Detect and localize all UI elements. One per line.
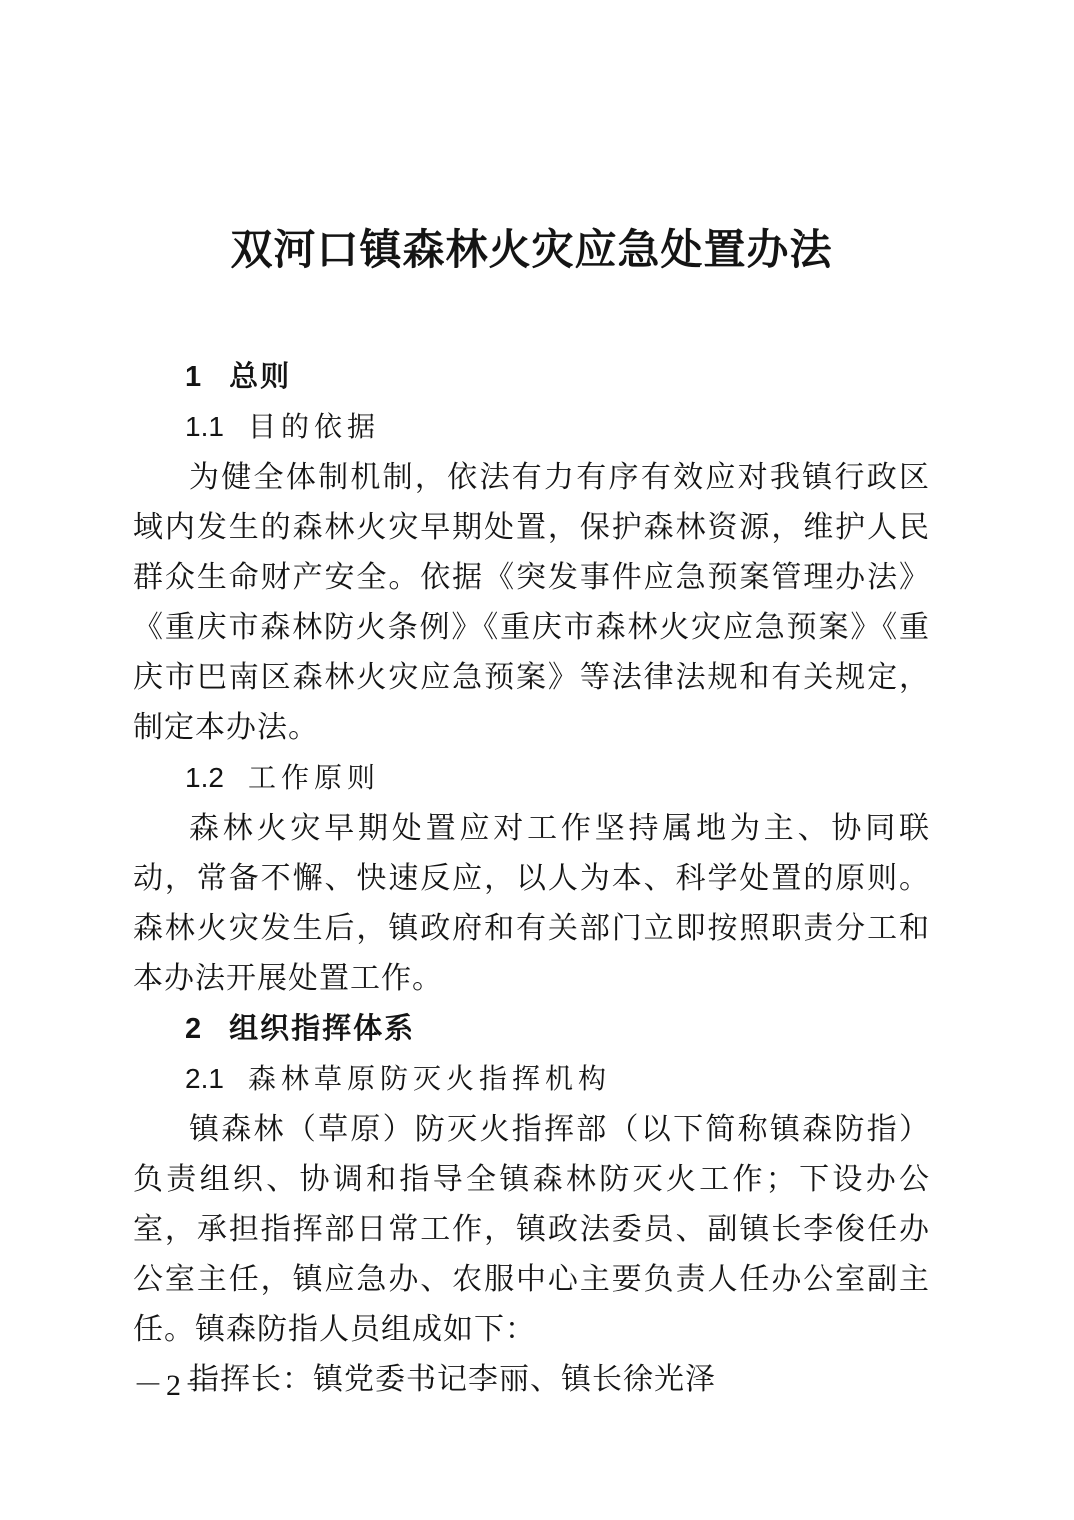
document-body: 1总则1.1目的依据为健全体制机制，依法有力有序有效应对我镇行政区域内发生的森林… <box>133 352 930 1405</box>
page-number: －2－ <box>133 1368 217 1404</box>
subsection-heading: 2.1森林草原防灭火指挥机构 <box>133 1054 930 1105</box>
heading-number: 2 <box>185 1013 201 1045</box>
heading-number: 1.2 <box>185 762 224 793</box>
subsection-heading: 1.2工作原则 <box>133 753 930 804</box>
body-paragraph: 森林火灾早期处置应对工作坚持属地为主、协同联动，常备不懈、快速反应，以人为本、科… <box>133 804 930 1004</box>
heading-label: 目的依据 <box>248 412 380 443</box>
heading-label: 工作原则 <box>248 763 380 794</box>
body-paragraph: 为健全体制机制，依法有力有序有效应对我镇行政区域内发生的森林火灾早期处置，保护森… <box>133 453 930 753</box>
heading-label: 总则 <box>229 361 291 393</box>
body-paragraph: 指挥长：镇党委书记李丽、镇长徐光泽 <box>133 1355 930 1405</box>
body-paragraph: 镇森林（草原）防灭火指挥部（以下简称镇森防指）负责组织、协调和指导全镇森林防灭火… <box>133 1105 930 1355</box>
section-heading: 1总则 <box>133 352 930 402</box>
heading-number: 1.1 <box>185 411 224 442</box>
subsection-heading: 1.1目的依据 <box>133 402 930 453</box>
document-page: 双河口镇森林火灾应急处置办法 1总则1.1目的依据为健全体制机制，依法有力有序有… <box>0 0 1074 1520</box>
heading-label: 森林草原防灭火指挥机构 <box>248 1064 611 1095</box>
heading-number: 2.1 <box>185 1063 224 1094</box>
section-heading: 2组织指挥体系 <box>133 1004 930 1054</box>
heading-label: 组织指挥体系 <box>229 1013 415 1045</box>
document-title: 双河口镇森林火灾应急处置办法 <box>133 224 930 278</box>
heading-number: 1 <box>185 361 201 393</box>
